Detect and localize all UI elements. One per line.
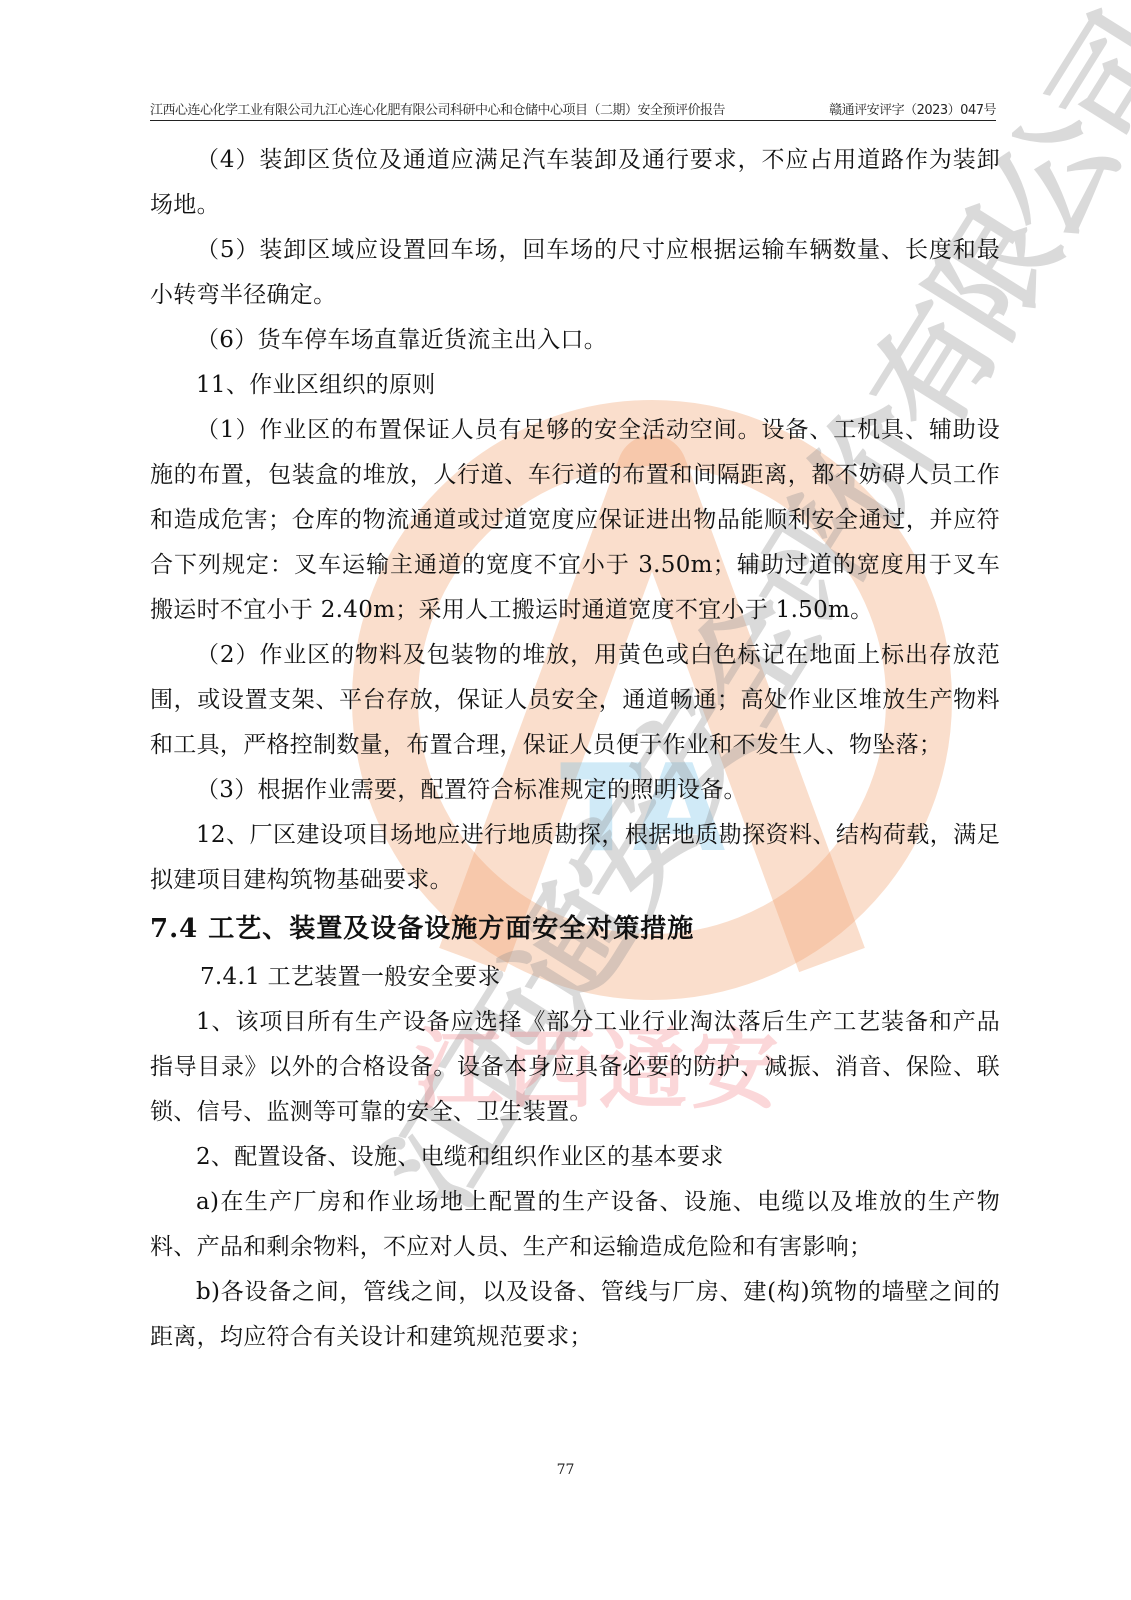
paragraph: b)各设备之间，管线之间，以及设备、管线与厂房、建(构)筑物的墙壁之间的距离，均… [150,1270,1000,1360]
running-header: 江西心连心化学工业有限公司九江心连心化肥有限公司科研中心和仓储中心项目（二期）安… [150,100,996,121]
paragraph: （3）根据作业需要，配置符合标准规定的照明设备。 [150,768,1000,813]
paragraph: a)在生产厂房和作业场地上配置的生产设备、设施、电缆以及堆放的生产物料、产品和剩… [150,1180,1000,1270]
paragraph: 11、作业区组织的原则 [150,363,1000,408]
paragraph: （2）作业区的物料及包装物的堆放，用黄色或白色标记在地面上标出存放范围，或设置支… [150,633,1000,768]
subsection-heading: 7.4.1 工艺装置一般安全要求 [150,955,1000,1000]
paragraph: （5）装卸区域应设置回车场，回车场的尺寸应根据运输车辆数量、长度和最小转弯半径确… [150,228,1000,318]
section-heading: 7.4 工艺、装置及设备设施方面安全对策措施 [150,903,1000,955]
paragraph: 2、配置设备、设施、电缆和组织作业区的基本要求 [150,1135,1000,1180]
paragraph: （4）装卸区货位及通道应满足汽车装卸及通行要求，不应占用道路作为装卸场地。 [150,138,1000,228]
document-page: TA 江西通安安全评价有限公司 江西通安 江西心连心化学工业有限公司九江心连心化… [0,0,1131,1600]
paragraph: 1、该项目所有生产设备应选择《部分工业行业淘汰落后生产工艺装备和产品指导目录》以… [150,1000,1000,1135]
paragraph: （6）货车停车场直靠近货流主出入口。 [150,318,1000,363]
paragraph: （1）作业区的布置保证人员有足够的安全活动空间。设备、工机具、辅助设施的布置，包… [150,408,1000,633]
header-report-number: 赣通评安评字（2023）047号 [829,99,996,120]
header-report-title: 江西心连心化学工业有限公司九江心连心化肥有限公司科研中心和仓储中心项目（二期）安… [150,99,725,120]
page-number: 77 [0,1462,1131,1478]
page-body: （4）装卸区货位及通道应满足汽车装卸及通行要求，不应占用道路作为装卸场地。 （5… [150,138,1000,1360]
paragraph: 12、厂区建设项目场地应进行地质勘探，根据地质勘探资料、结构荷载，满足拟建项目建… [150,813,1000,903]
